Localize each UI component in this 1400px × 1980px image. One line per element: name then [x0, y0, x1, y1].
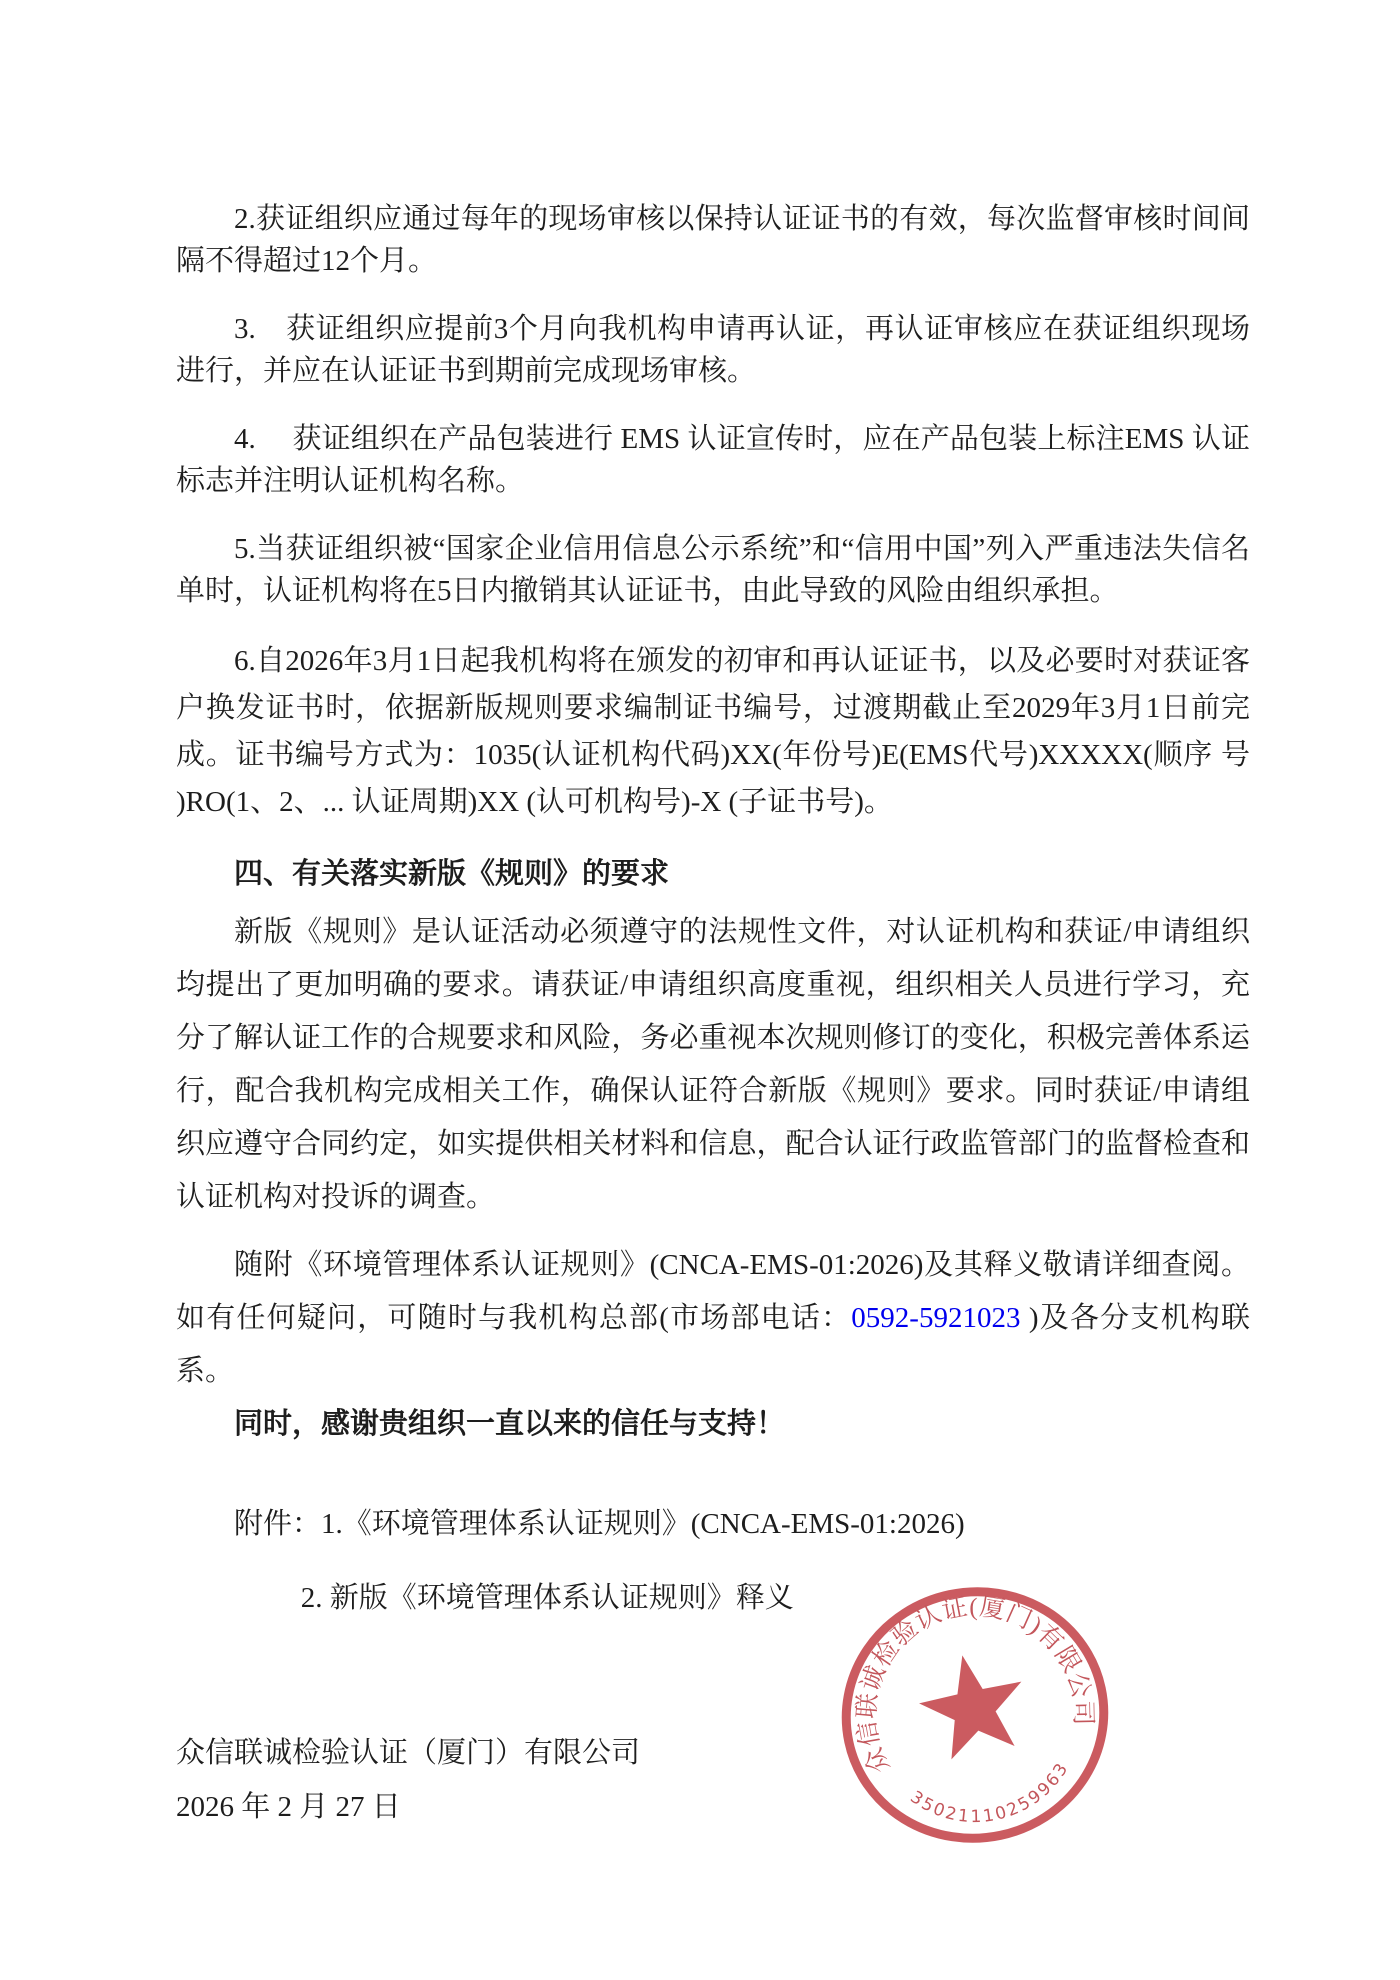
attachment-line-1: 附件：1.《环境管理体系认证规则》(CNCA-EMS-01:2026)	[176, 1501, 1250, 1547]
paragraph-2: 2.获证组织应通过每年的现场审核以保持认证证书的有效，每次监督审核时间间隔不得超…	[176, 198, 1250, 282]
section-heading-4: 四、有关落实新版《规则》的要求	[176, 850, 1250, 898]
paragraph-8: 随附《环境管理体系认证规则》(CNCA-EMS-01:2026)及其释义敬请详细…	[176, 1239, 1250, 1398]
thanks-paragraph: 同时，感谢贵组织一直以来的信任与支持！	[176, 1398, 1250, 1451]
document-body: 2.获证组织应通过每年的现场审核以保持认证证书的有效，每次监督审核时间间隔不得超…	[0, 0, 1400, 1827]
paragraph-3: 3. 获证组织应提前3个月向我机构申请再认证，再认证审核应在获证组织现场进行，并…	[176, 308, 1250, 392]
paragraph-6: 6.自2026年3月1日起我机构将在颁发的初审和再认证证书，以及必要时对获证客户…	[176, 638, 1250, 826]
attachment-line-2: 2. 新版《环境管理体系认证规则》释义	[176, 1575, 1250, 1621]
signature-company-name: 众信联诚检验认证（厦门）有限公司	[176, 1733, 1185, 1773]
document-page: 2.获证组织应通过每年的现场审核以保持认证证书的有效，每次监督审核时间间隔不得超…	[0, 0, 1400, 1980]
signature-block: 众信联诚检验认证（厦门）有限公司 2026 年 2 月 27 日	[176, 1733, 1250, 1827]
paragraph-5: 5.当获证组织被“国家企业信用信息公示系统”和“信用中国”列入严重违法失信名单时…	[176, 528, 1250, 612]
paragraph-7: 新版《规则》是认证活动必须遵守的法规性文件，对认证机构和获证/申请组织均提出了更…	[176, 906, 1250, 1224]
phone-number-link[interactable]: 0592-5921023	[851, 1302, 1020, 1334]
paragraph-4: 4. 获证组织在产品包装进行 EMS 认证宣传时，应在产品包装上标注EMS 认证…	[176, 418, 1250, 502]
signature-date: 2026 年 2 月 27 日	[176, 1787, 1190, 1827]
